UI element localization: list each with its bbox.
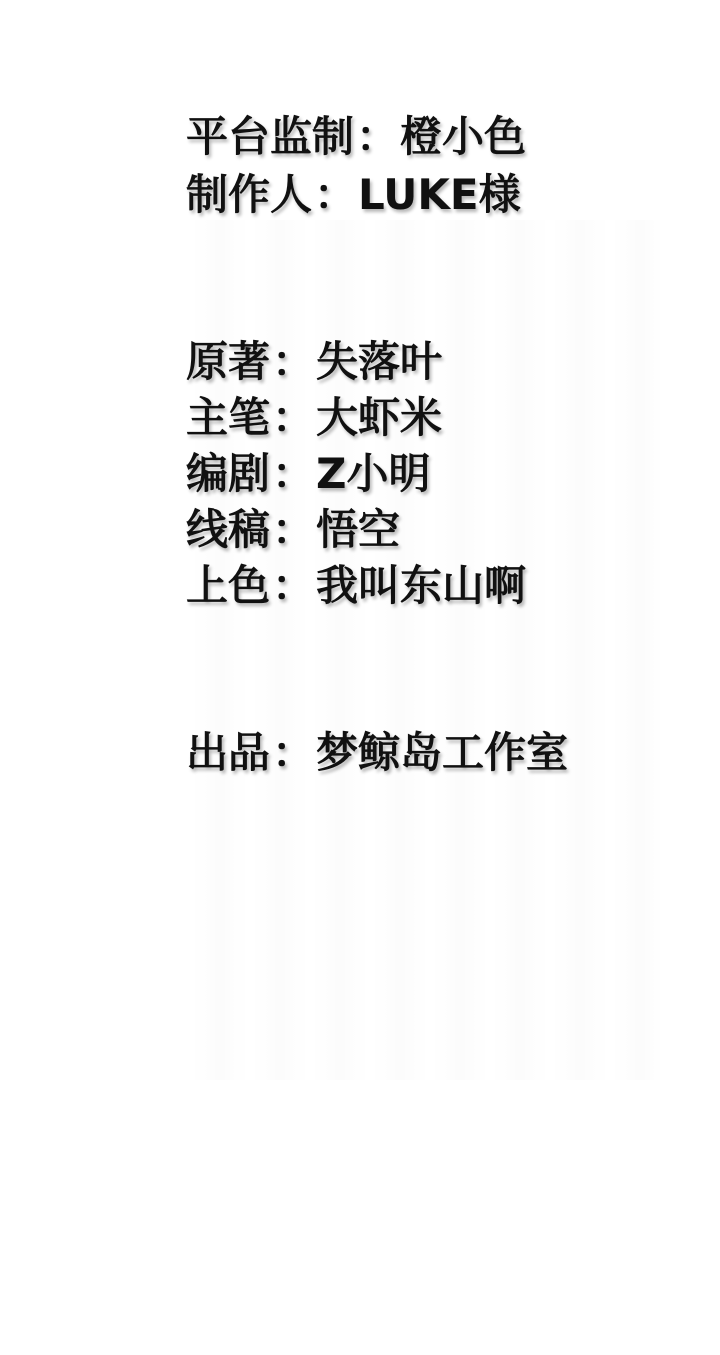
credit-separator: ： bbox=[270, 449, 316, 499]
credit-separator: ： bbox=[270, 505, 316, 555]
credit-separator: ： bbox=[354, 112, 400, 162]
credit-name: 梦鲸岛工作室 bbox=[316, 728, 568, 777]
credit-line-line-art: 线稿：悟空 bbox=[186, 505, 400, 555]
credit-separator: ： bbox=[312, 170, 358, 220]
credit-role: 原著 bbox=[186, 337, 270, 387]
credit-name: 大虾米 bbox=[316, 393, 442, 442]
credit-role: 线稿 bbox=[186, 505, 270, 555]
credit-line-producer: 制作人：LUKE様 bbox=[186, 170, 521, 220]
credit-name: 我叫东山啊 bbox=[316, 561, 526, 610]
credit-role: 编剧 bbox=[186, 449, 270, 499]
credit-name: Z小明 bbox=[316, 449, 430, 498]
credit-line-platform-supervisor: 平台监制：橙小色 bbox=[186, 112, 526, 162]
credit-name: LUKE様 bbox=[358, 170, 521, 219]
credit-line-colorist: 上色：我叫东山啊 bbox=[186, 561, 526, 611]
credit-line-screenwriter: 编剧：Z小明 bbox=[186, 449, 430, 499]
credit-role: 制作人 bbox=[186, 170, 312, 220]
credit-separator: ： bbox=[270, 393, 316, 443]
credit-line-publisher: 出品：梦鲸岛工作室 bbox=[186, 728, 568, 778]
credit-separator: ： bbox=[270, 561, 316, 611]
credit-line-original-author: 原著：失落叶 bbox=[186, 337, 442, 387]
credit-role: 上色 bbox=[186, 561, 270, 611]
credit-separator: ： bbox=[270, 337, 316, 387]
credit-role: 出品 bbox=[186, 728, 270, 778]
credit-line-lead-artist: 主笔：大虾米 bbox=[186, 393, 442, 443]
credit-name: 悟空 bbox=[316, 505, 400, 554]
credit-role: 平台监制 bbox=[186, 112, 354, 162]
credit-role: 主笔 bbox=[186, 393, 270, 443]
credit-name: 失落叶 bbox=[316, 337, 442, 386]
credit-name: 橙小色 bbox=[400, 112, 526, 161]
credit-separator: ： bbox=[270, 728, 316, 778]
